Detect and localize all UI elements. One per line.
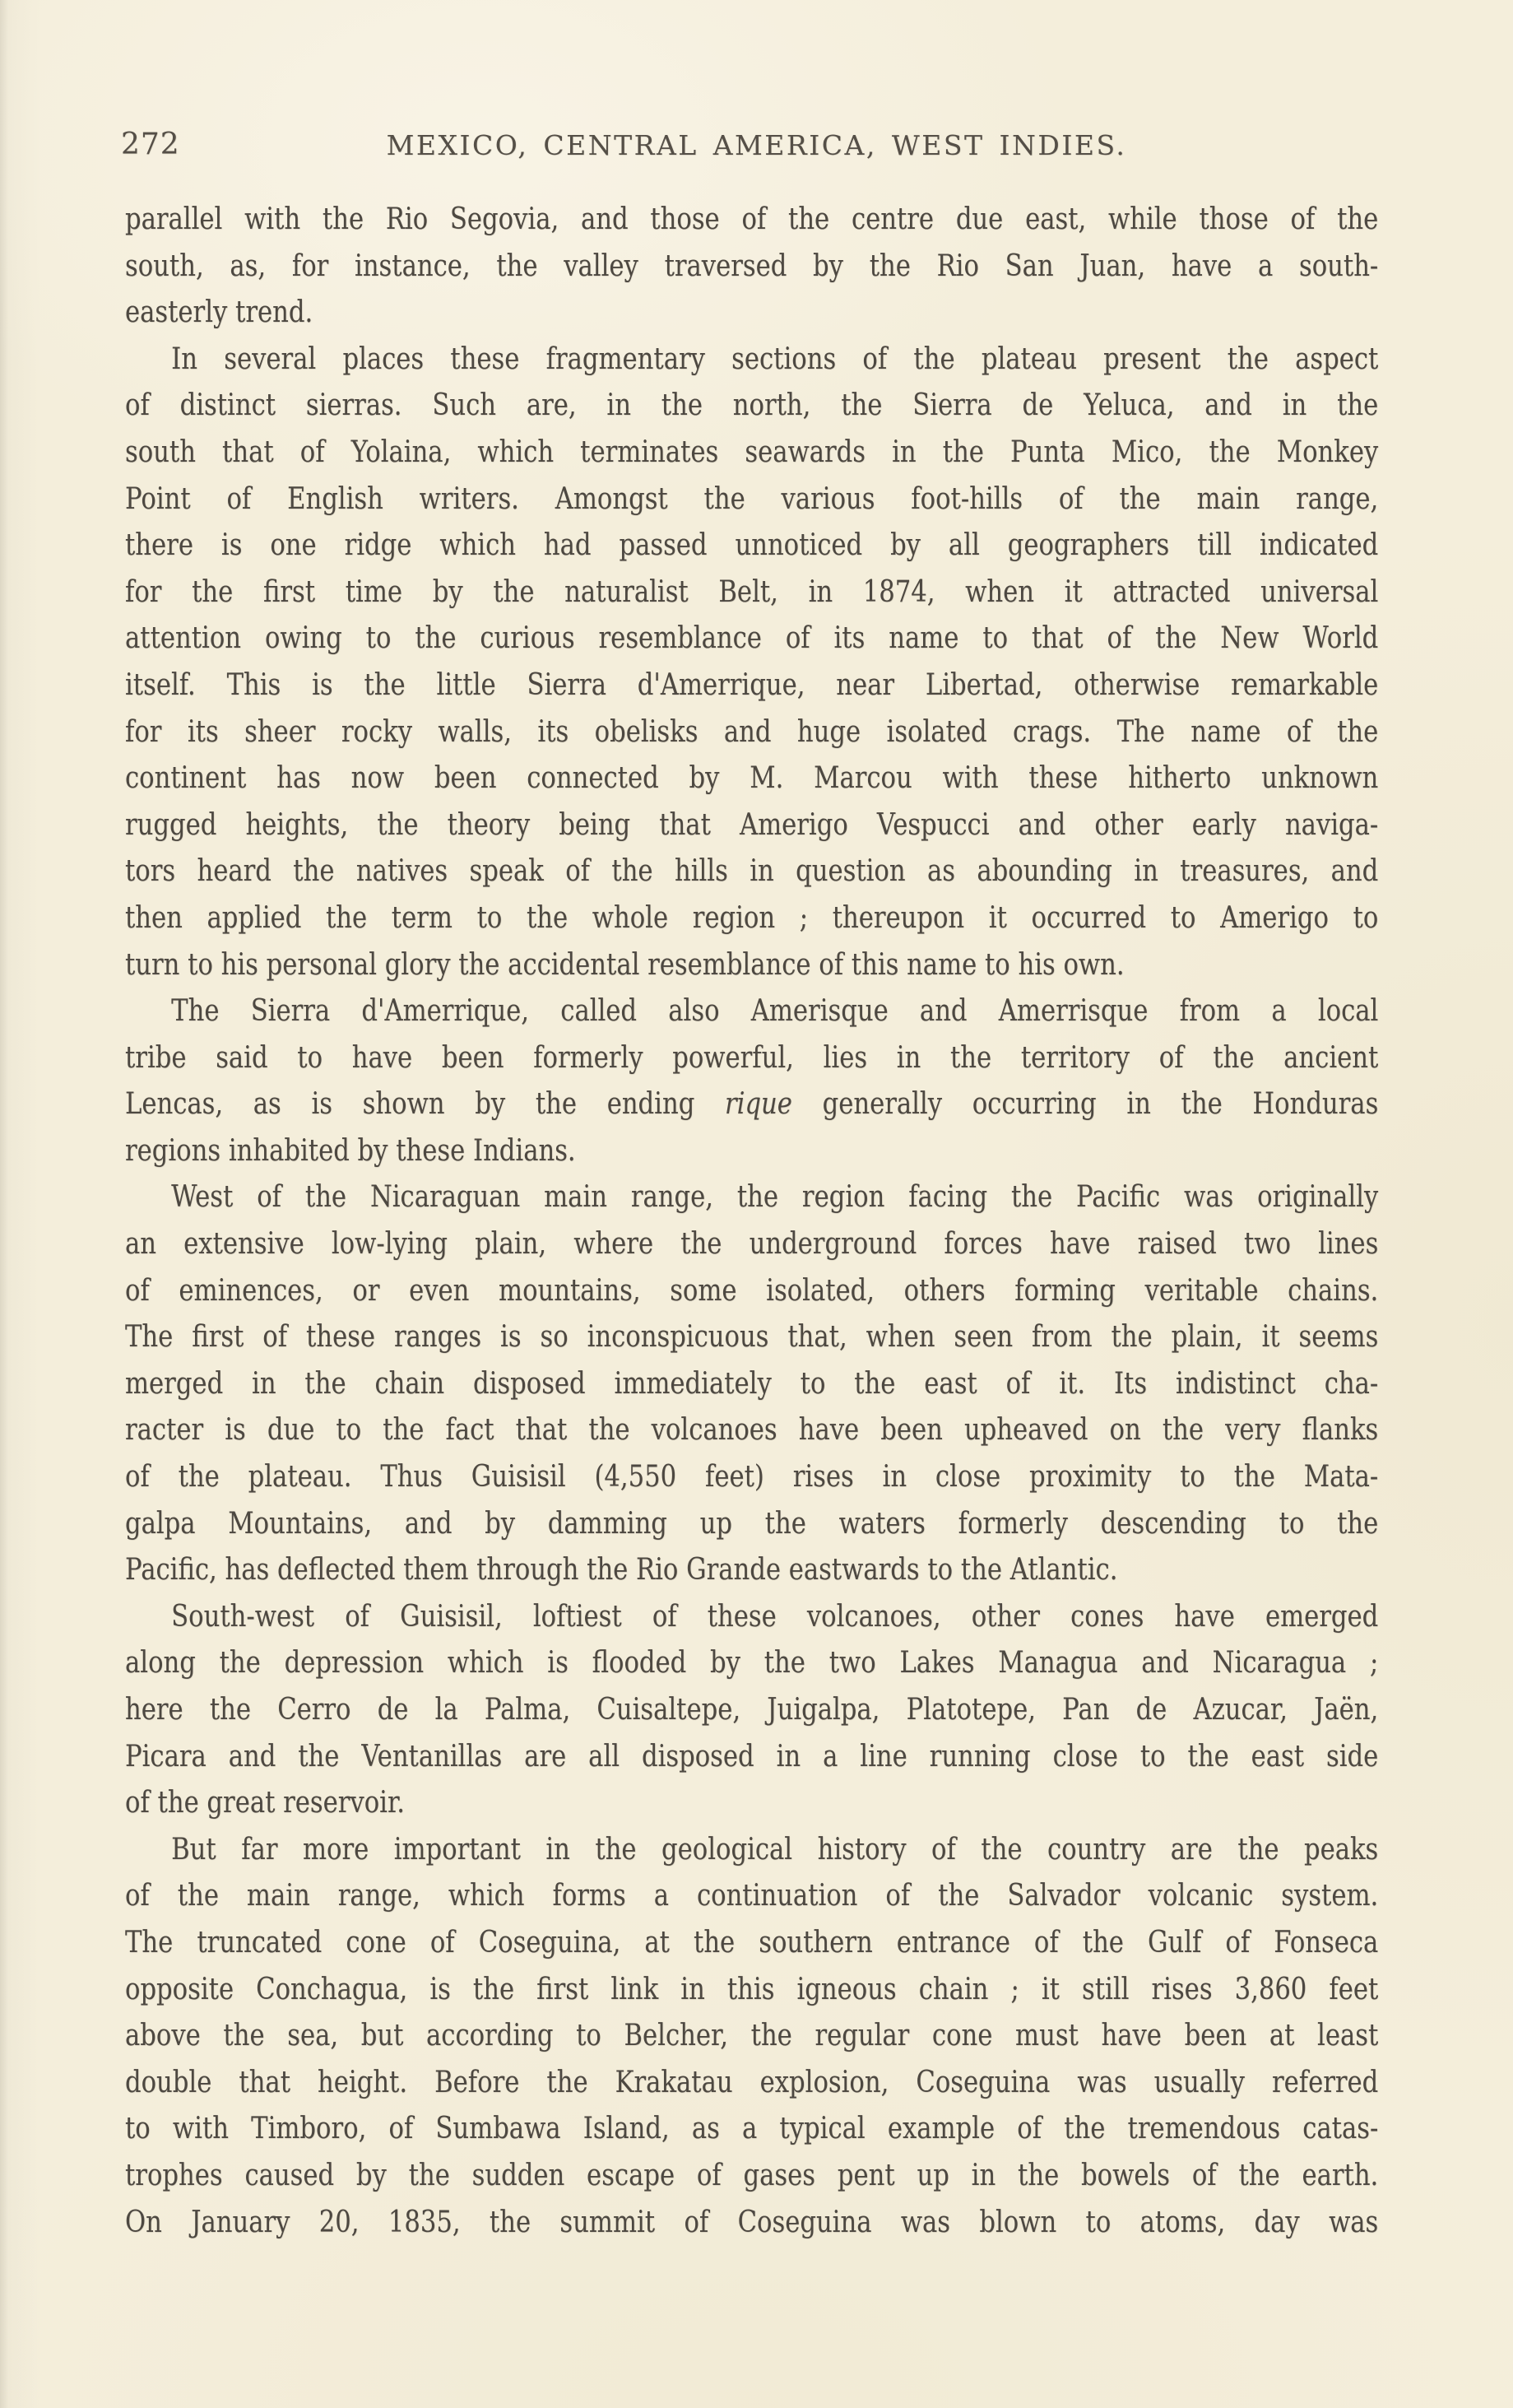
text-segment: itself. This is the little Sierra d'Amer… [125, 668, 1378, 702]
text-segment: for its sheer rocky walls, its obelisks … [125, 715, 1378, 749]
paragraph: parallel with the Rio Segovia, and those… [125, 197, 1513, 337]
text-line: double that height. Before the Krakatau … [125, 2060, 1378, 2107]
text-segment: above the sea, but according to Belcher,… [125, 2019, 1378, 2052]
italic-word: rique [725, 1087, 792, 1121]
text-segment: here the Cerro de la Palma, Cuisaltepe, … [125, 1693, 1378, 1727]
text-segment: regions inhabited by these Indians. [125, 1134, 576, 1168]
text-segment: tors heard the natives speak of the hill… [125, 854, 1378, 888]
paragraph: But far more important in the geological… [125, 1827, 1513, 2246]
text-line: an extensive low-lying plain, where the … [125, 1221, 1378, 1268]
text-segment: But far more important in the geological… [171, 1833, 1378, 1866]
text-line: On January 20, 1835, the summit of Coseg… [125, 2200, 1378, 2247]
text-line: The first of these ranges is so inconspi… [125, 1314, 1378, 1361]
text-line: turn to his personal glory the accidenta… [125, 942, 1378, 989]
text-segment: Pacific, has deflected them through the … [125, 1553, 1117, 1587]
text-segment: South-west of Guisisil, loftiest of thes… [171, 1600, 1378, 1634]
paragraph: In several places these fragmentary sect… [125, 337, 1513, 988]
text-segment: Picara and the Ventanillas are all dispo… [125, 1740, 1378, 1773]
text-segment: The truncated cone of Coseguina, at the … [125, 1926, 1378, 1959]
text-segment: West of the Nicaraguan main range, the r… [171, 1180, 1378, 1214]
paragraph: The Sierra d'Amerrique, called also Amer… [125, 988, 1513, 1174]
text-line: merged in the chain disposed immediately… [125, 1361, 1378, 1408]
text-line: tors heard the natives speak of the hill… [125, 848, 1378, 895]
text-line: of eminences, or even mountains, some is… [125, 1268, 1378, 1315]
text-segment: of the main range, which forms a continu… [125, 1879, 1378, 1913]
text-segment: parallel with the Rio Segovia, and those… [125, 202, 1378, 236]
text-segment: south that of Yolaina, which terminates … [125, 435, 1378, 469]
text-block: parallel with the Rio Segovia, and those… [125, 197, 1513, 2246]
text-line: to with Timboro, of Sumbawa Island, as a… [125, 2106, 1378, 2153]
text-line: south that of Yolaina, which terminates … [125, 430, 1378, 476]
text-segment: On January 20, 1835, the summit of Coseg… [125, 2206, 1378, 2239]
text-line: opposite Conchagua, is the first link in… [125, 1967, 1378, 2014]
text-segment: In several places these fragmentary sect… [171, 342, 1378, 376]
text-segment: generally occurring in the Honduras [792, 1087, 1378, 1121]
text-line: attention owing to the curious resemblan… [125, 616, 1378, 662]
text-segment: opposite Conchagua, is the first link in… [125, 1973, 1378, 2006]
text-segment: then applied the term to the whole regio… [125, 901, 1378, 935]
text-segment: Point of English writers. Amongst the va… [125, 482, 1378, 516]
text-segment: tribe said to have been formerly powerfu… [125, 1041, 1378, 1075]
text-segment: merged in the chain disposed immediately… [125, 1367, 1378, 1401]
text-line: for its sheer rocky walls, its obelisks … [125, 709, 1378, 756]
text-segment: continent has now been connected by M. M… [125, 761, 1378, 795]
text-line: of the plateau. Thus Guisisil (4,550 fee… [125, 1454, 1378, 1501]
text-line: above the sea, but according to Belcher,… [125, 2013, 1378, 2060]
text-segment: racter is due to the fact that the volca… [125, 1413, 1378, 1447]
text-segment: The first of these ranges is so inconspi… [125, 1320, 1378, 1354]
text-segment: double that height. Before the Krakatau … [125, 2066, 1378, 2099]
text-segment: an extensive low-lying plain, where the … [125, 1227, 1378, 1261]
running-head: MEXICO, CENTRAL AMERICA, WEST INDIES. [0, 132, 1513, 160]
text-segment: there is one ridge which had passed unno… [125, 528, 1378, 562]
text-segment: of the plateau. Thus Guisisil (4,550 fee… [125, 1460, 1378, 1494]
text-line: there is one ridge which had passed unno… [125, 523, 1378, 569]
text-line: South-west of Guisisil, loftiest of thes… [125, 1594, 1378, 1641]
paragraph: South-west of Guisisil, loftiest of thes… [125, 1594, 1513, 1827]
text-line: south, as, for instance, the valley trav… [125, 244, 1378, 291]
text-line: here the Cerro de la Palma, Cuisaltepe, … [125, 1687, 1378, 1734]
book-page: 272 MEXICO, CENTRAL AMERICA, WEST INDIES… [0, 0, 1513, 2408]
text-line: racter is due to the fact that the volca… [125, 1407, 1378, 1454]
text-segment: The Sierra d'Amerrique, called also Amer… [171, 994, 1378, 1028]
text-line: easterly trend. [125, 290, 1378, 337]
text-line: Point of English writers. Amongst the va… [125, 476, 1378, 523]
text-line: for the first time by the naturalist Bel… [125, 569, 1378, 616]
text-segment: of distinct sierras. Such are, in the no… [125, 388, 1378, 422]
text-line: trophes caused by the sudden escape of g… [125, 2153, 1378, 2200]
text-line: Picara and the Ventanillas are all dispo… [125, 1734, 1378, 1781]
paragraph: West of the Nicaraguan main range, the r… [125, 1174, 1513, 1593]
text-segment: attention owing to the curious resemblan… [125, 621, 1378, 655]
text-line: But far more important in the geological… [125, 1827, 1378, 1874]
text-segment: turn to his personal glory the accidenta… [125, 948, 1125, 982]
text-line: West of the Nicaraguan main range, the r… [125, 1174, 1378, 1221]
text-line: The Sierra d'Amerrique, called also Amer… [125, 988, 1378, 1035]
text-line: parallel with the Rio Segovia, and those… [125, 197, 1378, 244]
text-segment: easterly trend. [125, 295, 313, 329]
text-line: The truncated cone of Coseguina, at the … [125, 1920, 1378, 1967]
text-line: regions inhabited by these Indians. [125, 1128, 1378, 1175]
text-line: tribe said to have been formerly powerfu… [125, 1035, 1378, 1082]
text-segment: galpa Mountains, and by damming up the w… [125, 1507, 1378, 1541]
text-line: of the great reservoir. [125, 1780, 1378, 1827]
text-line: galpa Mountains, and by damming up the w… [125, 1501, 1378, 1548]
text-line: itself. This is the little Sierra d'Amer… [125, 662, 1378, 709]
text-segment: trophes caused by the sudden escape of g… [125, 2159, 1378, 2192]
text-segment: to with Timboro, of Sumbawa Island, as a… [125, 2112, 1378, 2145]
text-line: continent has now been connected by M. M… [125, 755, 1378, 802]
text-segment: of eminences, or even mountains, some is… [125, 1274, 1378, 1308]
text-segment: Lencas, as is shown by the ending [125, 1087, 725, 1121]
text-line: of the main range, which forms a continu… [125, 1873, 1378, 1920]
text-segment: rugged heights, the theory being that Am… [125, 808, 1378, 842]
text-line: Lencas, as is shown by the ending rique … [125, 1081, 1378, 1128]
text-segment: south, as, for instance, the valley trav… [125, 249, 1378, 283]
text-line: Pacific, has deflected them through the … [125, 1547, 1378, 1594]
text-line: In several places these fragmentary sect… [125, 337, 1378, 384]
text-segment: for the first time by the naturalist Bel… [125, 575, 1378, 609]
text-line: along the depression which is flooded by… [125, 1640, 1378, 1687]
text-segment: of the great reservoir. [125, 1786, 405, 1820]
text-line: rugged heights, the theory being that Am… [125, 802, 1378, 849]
text-segment: along the depression which is flooded by… [125, 1646, 1378, 1680]
text-line: then applied the term to the whole regio… [125, 895, 1378, 942]
text-line: of distinct sierras. Such are, in the no… [125, 383, 1378, 430]
